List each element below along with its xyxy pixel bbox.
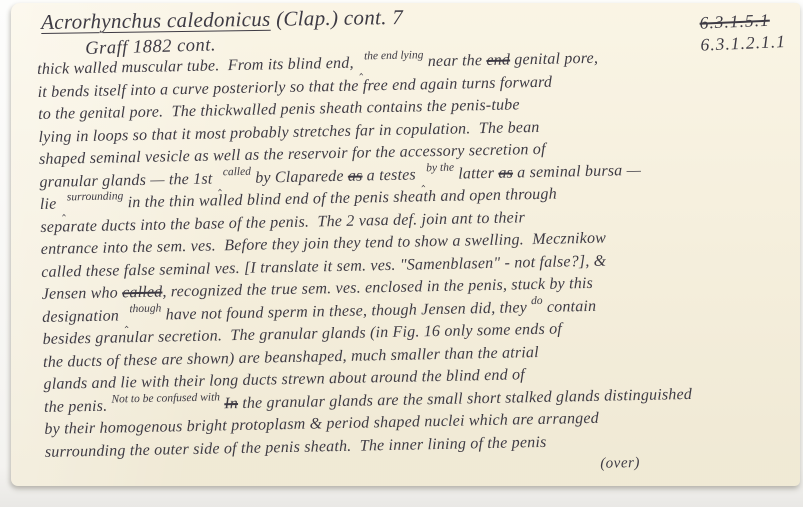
text-segment: designation [42,307,123,326]
index-card: Acrorhynchus caledonicus (Clap.) cont. 7… [11,3,800,486]
card-title: Acrorhynchus caledonicus (Clap.) cont. 7 [41,5,403,35]
text-segment-sup: though [129,308,161,309]
text-segment-strike: called [122,284,163,302]
text-segment: genital pore, [510,50,598,69]
text-segment: latter [454,164,499,182]
over-note: (over) [600,449,803,476]
text-segment: a testes [362,166,420,184]
species-name: Acrorhynchus caledonicus [41,7,271,34]
text-segment-sup: called [223,171,251,172]
text-segment-strike: as [498,164,513,181]
text-segment-sup: Not to be confused with [111,397,220,399]
body-text: thick walled muscular tube. From its bli… [37,44,803,487]
text-segment: granular glands — the 1st [39,170,217,191]
text-segment-strike: In [224,395,238,412]
title-suffix: (Clap.) cont. 7 [270,5,403,31]
text-segment: near the [423,52,486,70]
text-segment: a seminal bursa — [513,161,641,181]
scanned-page: { "colors":{"card_bg":"#f8f1dc","ink":"#… [0,0,803,507]
text-segment: by Claparede [251,167,348,186]
text-segment-sup: the end lying [364,55,423,56]
text-segment: contain [543,297,597,315]
text-segment-strike: as [348,167,363,184]
text-segment-sup: surrounding [67,196,123,197]
text-segment: Jensen who [42,284,123,303]
text-segment: thick walled muscular tube. From its bli… [37,55,358,78]
text-segment-strike: end [486,52,510,69]
text-segment: the penis. [44,397,112,415]
text-segment: lie [40,196,61,213]
text-segment-sup: by the [426,167,454,168]
